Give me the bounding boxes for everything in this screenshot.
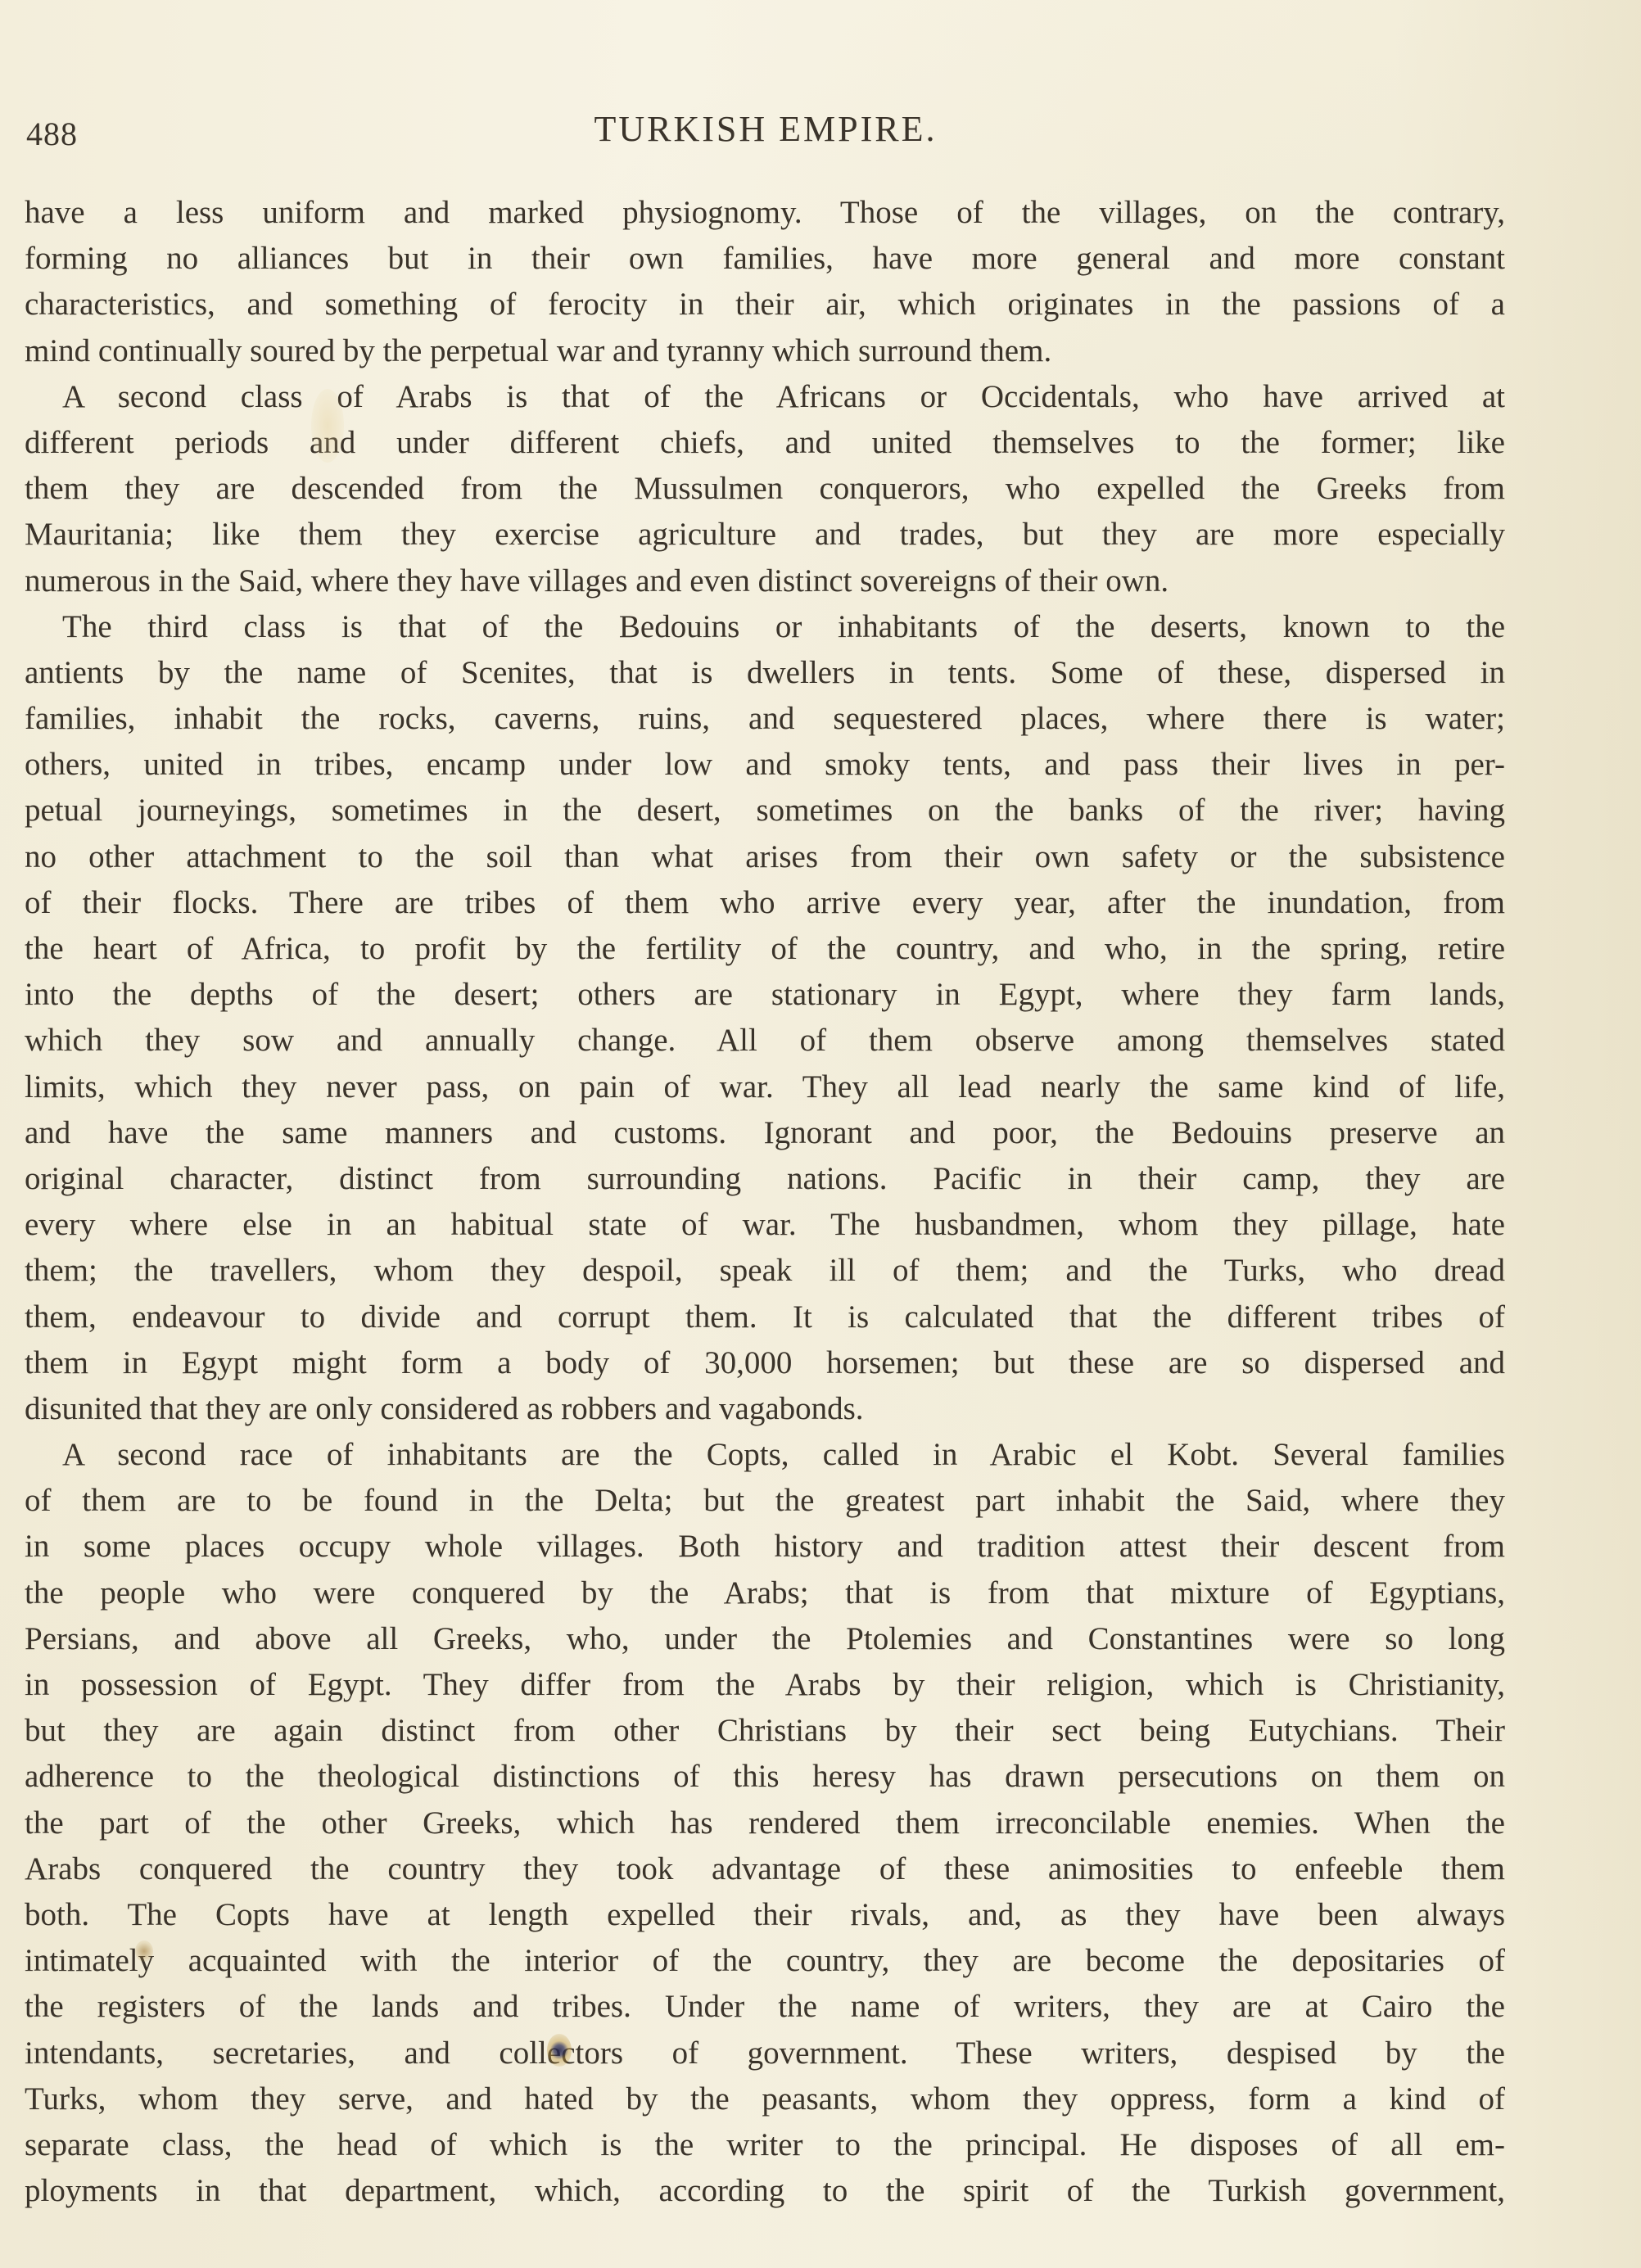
text-line: adherence to the theological distinction… (25, 1754, 1505, 1800)
text-line: A second class of Arabs is that of the A… (25, 374, 1505, 420)
text-line: in some places occupy whole villages. Bo… (25, 1524, 1505, 1570)
text-line: of their flocks. There are tribes of the… (25, 880, 1505, 926)
text-line: families, inhabit the rocks, caverns, ru… (25, 696, 1505, 742)
text-line: Mauritania; like them they exercise agri… (25, 512, 1505, 558)
text-line: forming no alliances but in their own fa… (25, 236, 1505, 282)
text-line: in possession of Egypt. They differ from… (25, 1662, 1505, 1708)
text-line: characteristics, and something of feroci… (25, 282, 1505, 328)
text-line: which they sow and annually change. All … (25, 1018, 1505, 1064)
text-line: them in Egypt might form a body of 30,00… (25, 1340, 1505, 1386)
text-line: every where else in an habitual state of… (25, 1202, 1505, 1248)
page-header: 488 TURKISH EMPIRE. (25, 108, 1507, 157)
text-line: petual journeyings, sometimes in the des… (25, 788, 1505, 834)
text-line: limits, which they never pass, on pain o… (25, 1064, 1505, 1110)
running-title: TURKISH EMPIRE. (25, 108, 1507, 150)
book-page: 488 TURKISH EMPIRE. have a less uniform … (0, 0, 1641, 2268)
text-line: the people who were conquered by the Ara… (25, 1570, 1505, 1616)
text-line: the registers of the lands and tribes. U… (25, 1984, 1505, 2030)
text-line: ployments in that department, which, acc… (25, 2168, 1505, 2214)
text-line: The third class is that of the Bedouins … (25, 604, 1505, 650)
text-line: them, endeavour to divide and corrupt th… (25, 1294, 1505, 1340)
text-line: A second race of inhabitants are the Cop… (25, 1432, 1505, 1478)
text-line: numerous in the Said, where they have vi… (25, 558, 1505, 604)
text-line: of them are to be found in the Delta; bu… (25, 1478, 1505, 1524)
text-line: others, united in tribes, encamp under l… (25, 742, 1505, 788)
text-line: but they are again distinct from other C… (25, 1708, 1505, 1754)
paragraph: have a less uniform and marked physiogno… (25, 190, 1505, 374)
text-line: mind continually soured by the perpetual… (25, 328, 1505, 374)
text-line: separate class, the head of which is the… (25, 2122, 1505, 2168)
text-line: them they are descended from the Mussulm… (25, 466, 1505, 512)
paragraph: A second class of Arabs is that of the A… (25, 374, 1505, 604)
text-line: Persians, and above all Greeks, who, und… (25, 1616, 1505, 1662)
paragraph: A second race of inhabitants are the Cop… (25, 1432, 1505, 2214)
paragraph: The third class is that of the Bedouins … (25, 604, 1505, 1432)
text-line: the part of the other Greeks, which has … (25, 1800, 1505, 1846)
text-line: and have the same manners and customs. I… (25, 1110, 1505, 1156)
text-line: antients by the name of Scenites, that i… (25, 650, 1505, 696)
text-line: different periods and under different ch… (25, 420, 1505, 466)
text-line: Turks, whom they serve, and hated by the… (25, 2076, 1505, 2122)
text-line: disunited that they are only considered … (25, 1386, 1505, 1432)
text-line: the heart of Africa, to profit by the fe… (25, 926, 1505, 972)
text-line: have a less uniform and marked physiogno… (25, 190, 1505, 236)
text-line: intimately acquainted with the interior … (25, 1938, 1505, 1984)
text-line: both. The Copts have at length expelled … (25, 1892, 1505, 1938)
body-text: have a less uniform and marked physiogno… (25, 190, 1505, 2214)
text-line: Arabs conquered the country they took ad… (25, 1846, 1505, 1892)
text-line: no other attachment to the soil than wha… (25, 834, 1505, 880)
text-line: intendants, secretaries, and collectors … (25, 2031, 1505, 2076)
text-line: original character, distinct from surrou… (25, 1156, 1505, 1202)
text-line: into the depths of the desert; others ar… (25, 972, 1505, 1018)
text-line: them; the travellers, whom they despoil,… (25, 1248, 1505, 1294)
